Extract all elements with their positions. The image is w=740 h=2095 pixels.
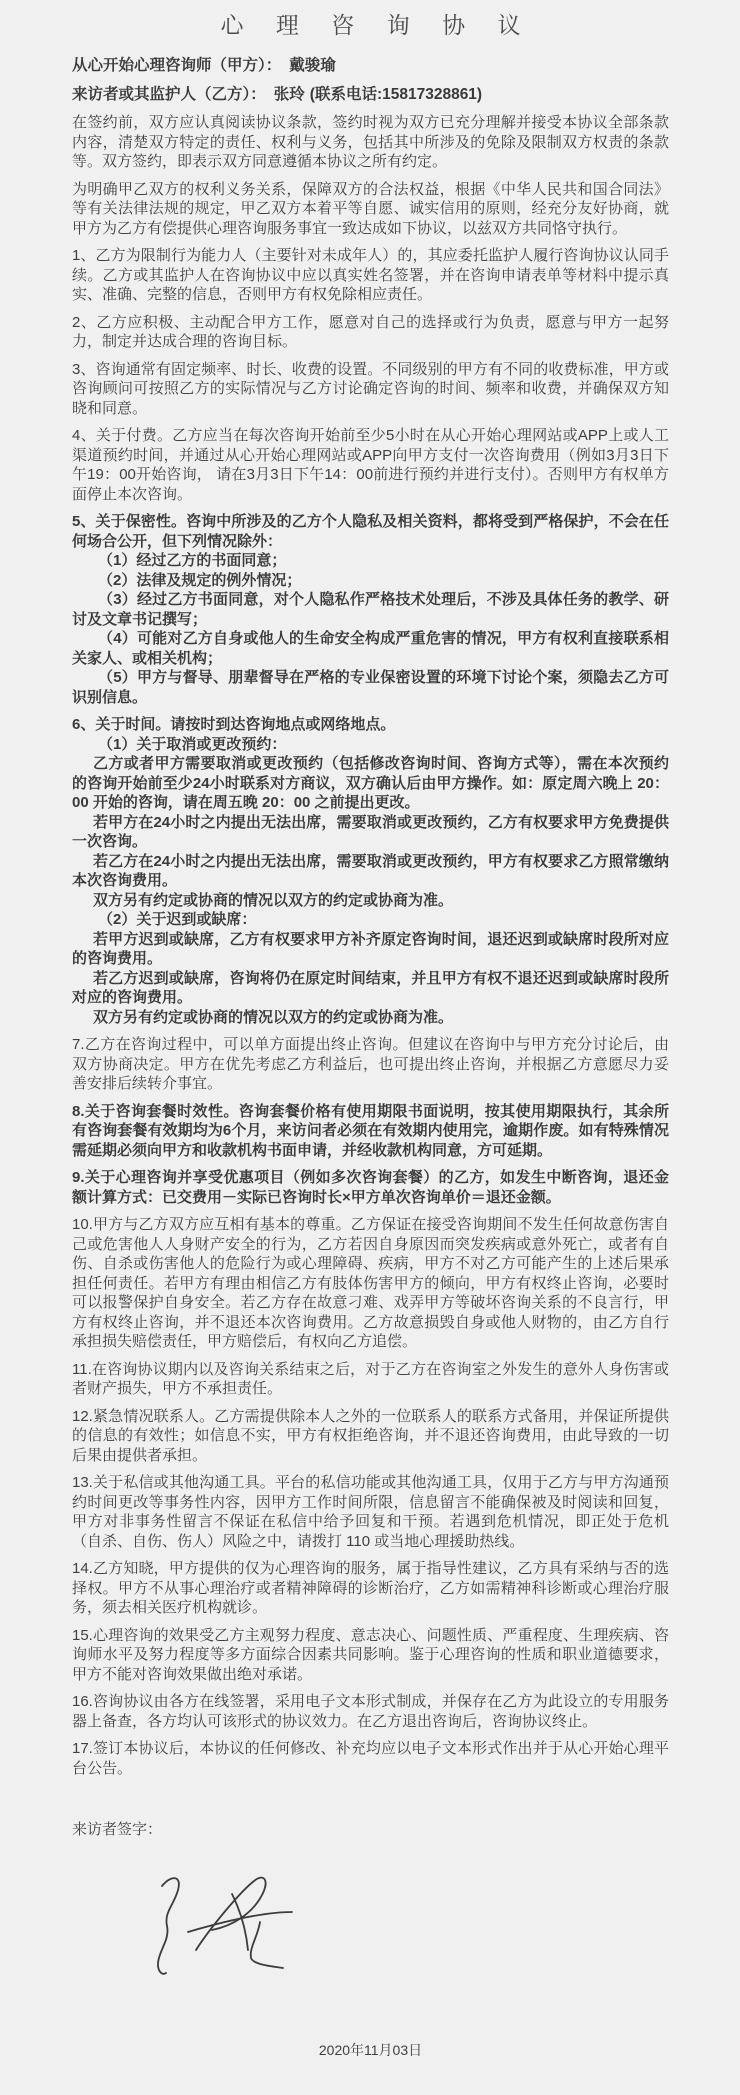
paragraph: 15.心理咨询的效果受乙方主观努力程度、意志决心、问题性质、严重程度、生理疾病、…: [72, 1626, 669, 1685]
party-visitor-line: 来访者或其监护人（乙方）：张玲(联系电话:15817328861): [72, 85, 669, 105]
paragraph: 双方另有约定或协商的情况以双方的约定或协商为准。: [72, 891, 669, 911]
paragraph: 3、咨询通常有固定频率、时长、收费的设置。不同级别的甲方有不同的收费标准，甲方或…: [72, 360, 669, 419]
paragraph: 7.乙方在咨询过程中，可以单方面提出终止咨询。但建议在咨询中与甲方充分讨论后，由…: [72, 1035, 669, 1094]
paragraph: 为明确甲乙双方的权利义务关系，保障双方的合法权益，根据《中华人民共和国合同法》等…: [72, 180, 669, 239]
paragraph: （4）可能对乙方自身或他人的生命安全构成严重危害的情况，甲方有权利直接联系相关家…: [72, 629, 669, 668]
signature-label: 来访者签字：: [72, 1820, 669, 1840]
paragraph: 2、乙方应积极、主动配合甲方工作，愿意对自己的选择或行为负责，愿意与甲方一起努力…: [72, 313, 669, 352]
paragraph: 若乙方迟到或缺席，咨询将仍在原定时间结束，并且甲方有权不退还迟到或缺席时段所对应…: [72, 969, 669, 1008]
party-visitor-name: 张玲: [274, 86, 305, 103]
page-title: 心 理 咨 询 协 议: [72, 10, 669, 40]
paragraph: 13.关于私信或其他沟通工具。平台的私信功能或其他沟通工具，仅用于乙方与甲方沟通…: [72, 1473, 669, 1551]
party-visitor-label: 来访者或其监护人（乙方）：: [72, 86, 266, 103]
paragraph: 在签约前，双方应认真阅读协议条款，签约时视为双方已充分理解并接受本协议全部条款内…: [72, 113, 669, 172]
party-counselor-name: 戴骏瑜: [289, 57, 336, 74]
party-counselor-line: 从心开始心理咨询师（甲方）：戴骏瑜: [72, 56, 669, 76]
paragraph: 乙方或者甲方需要取消或更改预约（包括修改咨询时间、咨询方式等），需在本次预约的咨…: [72, 754, 669, 813]
paragraph: 12.紧急情况联系人。乙方需提供除本人之外的一位联系人的联系方式备用，并保证所提…: [72, 1407, 669, 1466]
paragraph: 14.乙方知晓，甲方提供的仅为心理咨询的服务，属于指导性建议，乙方具有采纳与否的…: [72, 1559, 669, 1618]
paragraph: 双方另有约定或协商的情况以双方的约定或协商为准。: [72, 1008, 669, 1028]
paragraph: 若乙方在24小时之内提出无法出席，需要取消或更改预约，甲方有权要求乙方照常缴纳本…: [72, 852, 669, 891]
paragraph: （2）关于迟到或缺席：: [72, 910, 669, 930]
paragraph: 4、关于付费。乙方应当在每次咨询开始前至少5小时在从心开始心理网站或APP上或人…: [72, 426, 669, 504]
agreement-page: 心 理 咨 询 协 议 从心开始心理咨询师（甲方）：戴骏瑜 来访者或其监护人（乙…: [0, 0, 740, 2095]
paragraph: （5）甲方与督导、朋辈督导在严格的专业保密设置的环境下讨论个案，须隐去乙方可识别…: [72, 668, 669, 707]
paragraph: （1）关于取消或更改预约：: [72, 735, 669, 755]
party-counselor-label: 从心开始心理咨询师（甲方）：: [72, 57, 281, 74]
paragraph: 若甲方迟到或缺席，乙方有权要求甲方补齐原定咨询时间，退还迟到或缺席时段所对应的咨…: [72, 930, 669, 969]
paragraph: 6、关于时间。请按时到达咨询地点或网络地点。: [72, 715, 669, 735]
paragraph: （3）经过乙方书面同意，对个人隐私作严格技术处理后，不涉及具体任务的教学、研讨及…: [72, 590, 669, 629]
signing-date: 2020年11月03日: [72, 2040, 669, 2060]
paragraph: 10.甲方与乙方双方应互相有基本的尊重。乙方保证在接受咨询期间不发生任何故意伤害…: [72, 1215, 669, 1352]
paragraph: 5、关于保密性。咨询中所涉及的乙方个人隐私及相关资料，都将受到严格保护，不会在任…: [72, 512, 669, 551]
paragraph: 11.在咨询协议期内以及咨询关系结束之后，对于乙方在咨询室之外发生的意外人身伤害…: [72, 1360, 669, 1399]
paragraph: 8.关于咨询套餐时效性。咨询套餐价格有使用期限书面说明，按其使用期限执行，其余所…: [72, 1102, 669, 1161]
paragraph: 若甲方在24小时之内提出无法出席，需要取消或更改预约，乙方有权要求甲方免费提供一…: [72, 813, 669, 852]
party-visitor-phone: (联系电话:15817328861): [310, 86, 482, 103]
handwritten-signature-image: [152, 1870, 302, 1976]
paragraph: 9.关于心理咨询并享受优惠项目（例如多次咨询套餐）的乙方，如发生中断咨询，退还金…: [72, 1168, 669, 1207]
paragraph: 1、乙方为限制行为能力人（主要针对未成年人）的，其应委托监护人履行咨询协议认同手…: [72, 246, 669, 305]
signature-strokes-icon: [152, 1870, 302, 1976]
paragraph: 17.签订本协议后，本协议的任何修改、补充均应以电子文本形式作出并于从心开始心理…: [72, 1739, 669, 1778]
paragraph: （2）法律及规定的例外情况；: [72, 571, 669, 591]
agreement-body: 在签约前，双方应认真阅读协议条款，签约时视为双方已充分理解并接受本协议全部条款内…: [72, 113, 669, 1778]
paragraph: 16.咨询协议由各方在线签署，采用电子文本形式制成，并保存在乙方为此设立的专用服…: [72, 1692, 669, 1731]
paragraph: （1）经过乙方的书面同意；: [72, 551, 669, 571]
